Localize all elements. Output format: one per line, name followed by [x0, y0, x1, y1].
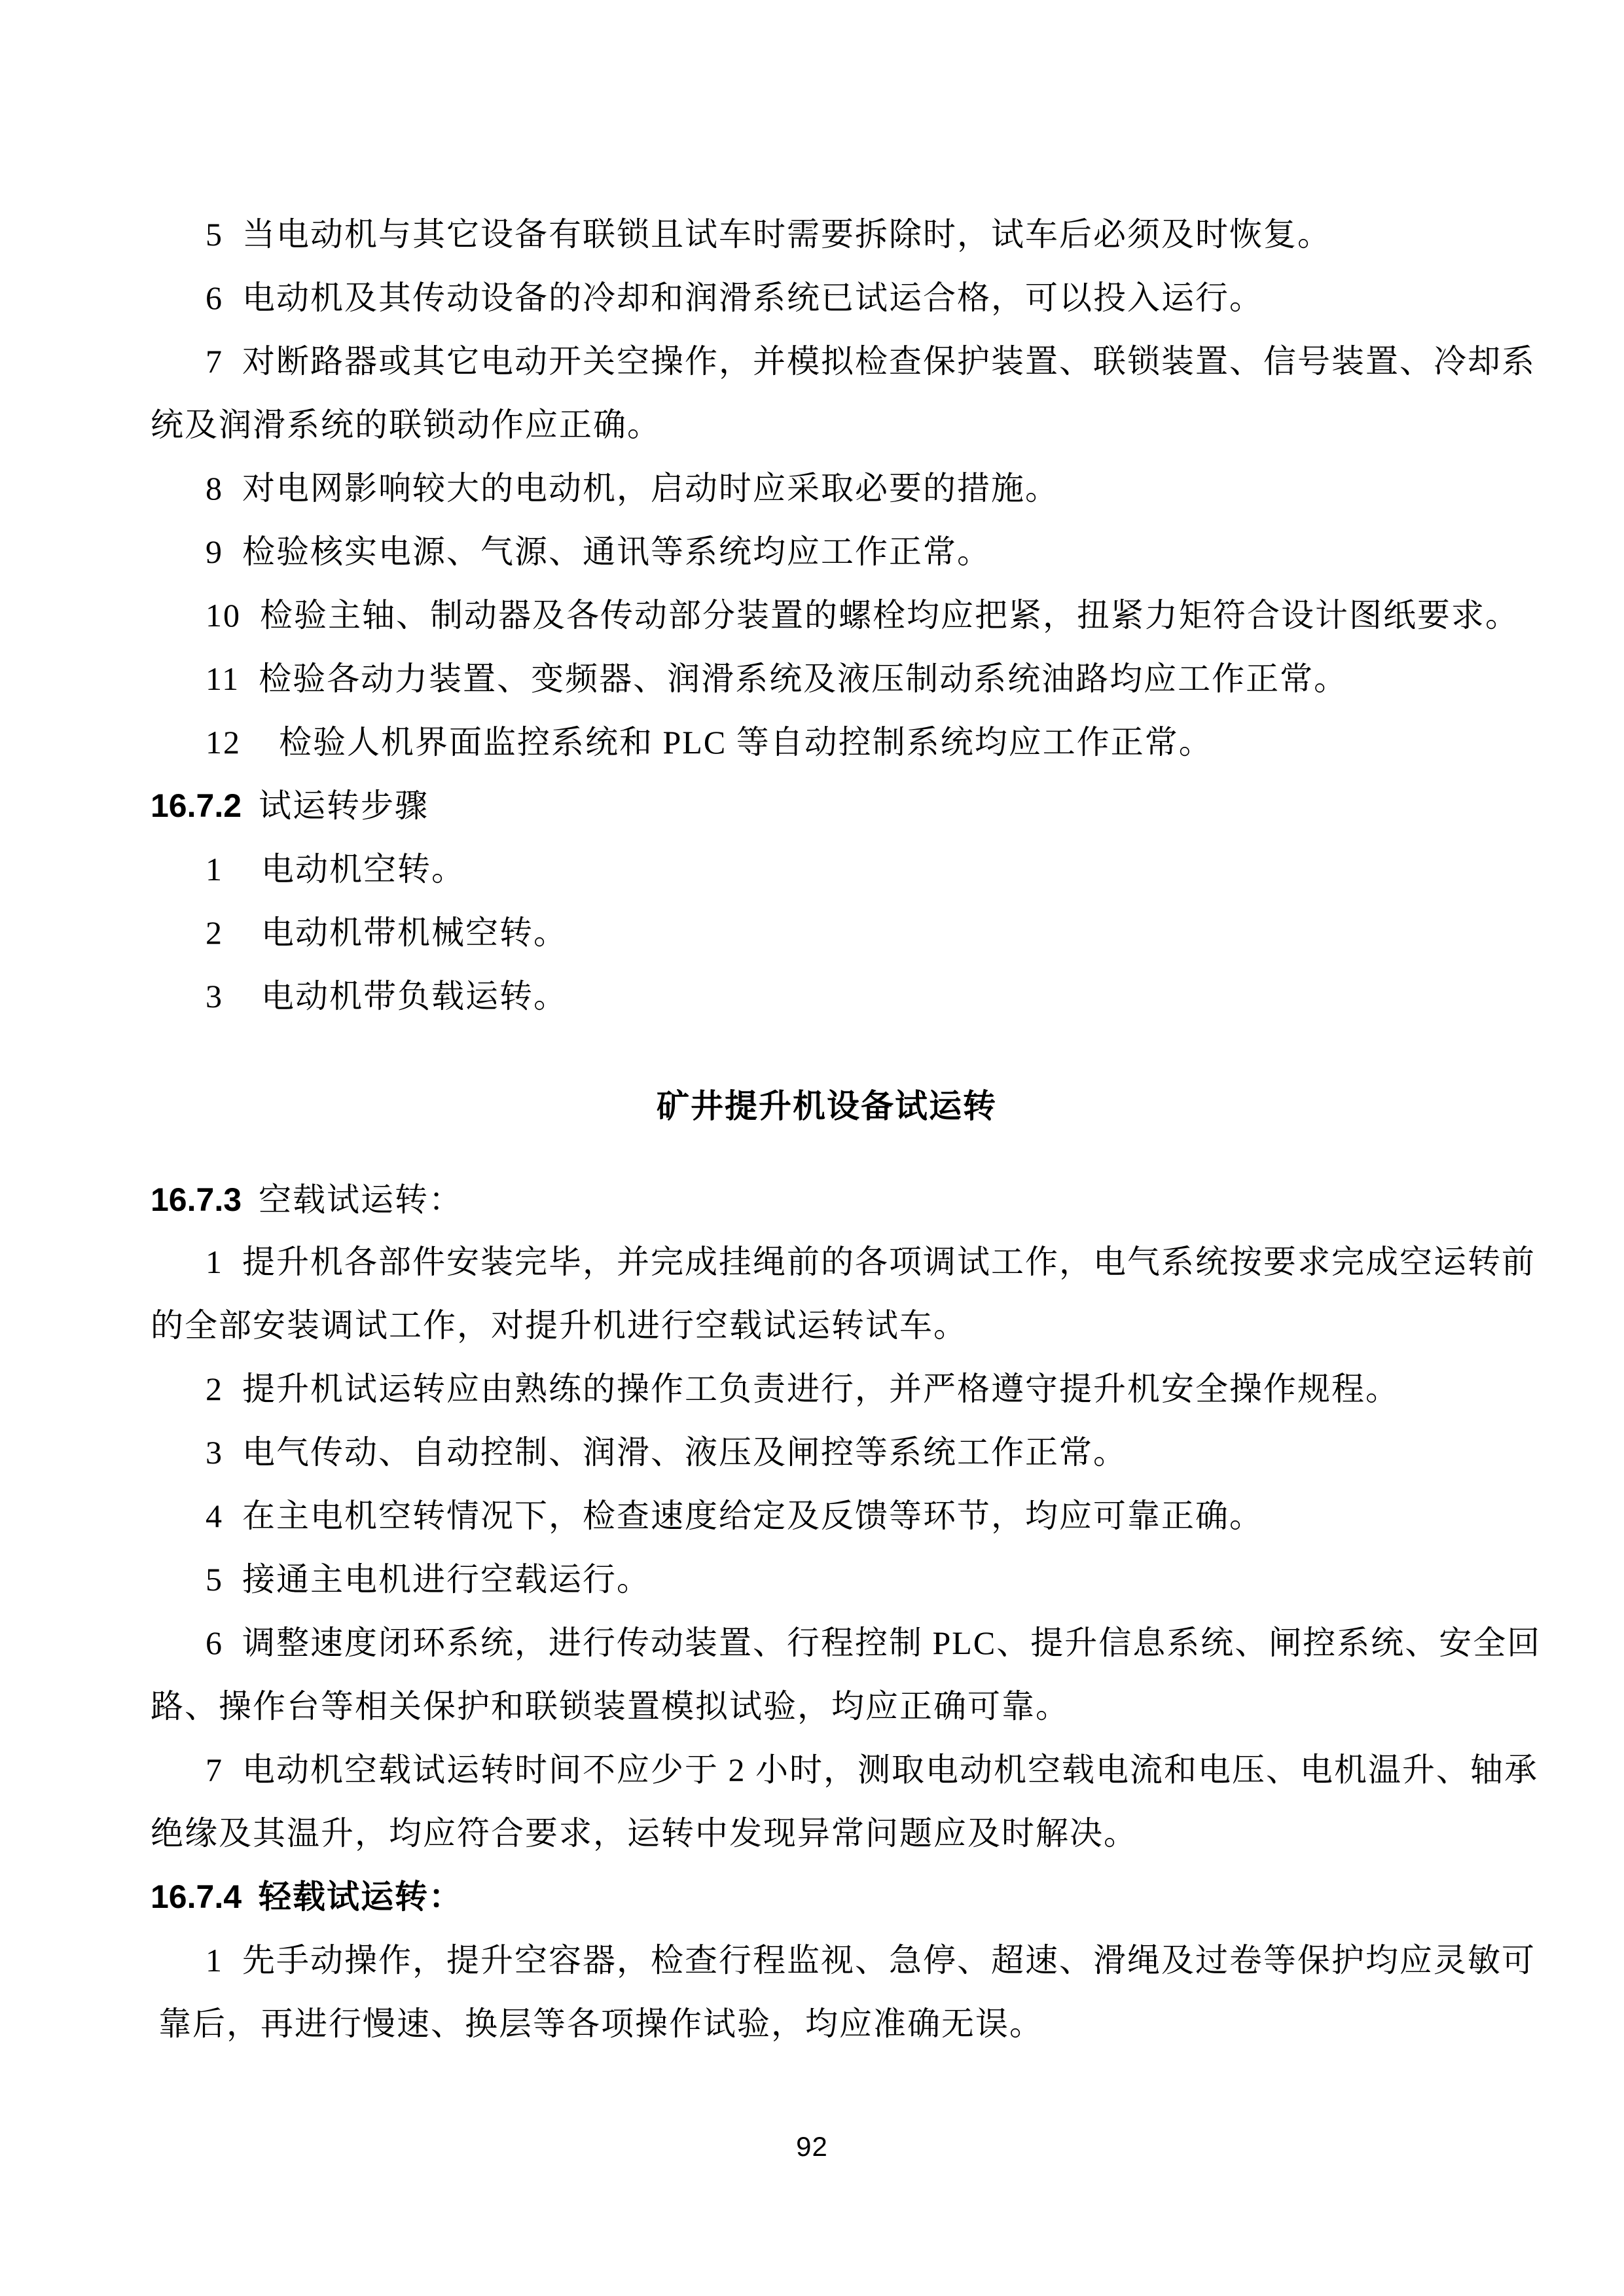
- list-item-6: 6 电动机及其传动设备的冷却和润滑系统已试运合格，可以投入运行。: [151, 279, 1503, 316]
- section-title-16-7-3: 空载试运转：: [259, 1181, 463, 1218]
- list-item-7-line-2: 统及润滑系统的联锁动作应正确。: [151, 406, 1503, 443]
- list-item-11: 11 检验各动力装置、变频器、润滑系统及液压制动系统油路均应工作正常。: [151, 660, 1503, 697]
- noload-item-7-line-1: 7 电动机空载试运转时间不应少于 2 小时，测取电动机空载电流和电压、电机温升、…: [151, 1751, 1503, 1788]
- page-number: 92: [0, 2131, 1624, 2162]
- noload-item-1-line-1: 1 提升机各部件安装完毕，并完成挂绳前的各项调试工作，电气系统按要求完成空运转前: [151, 1244, 1503, 1280]
- noload-item-5: 5 接通主电机进行空载运行。: [151, 1561, 1503, 1598]
- section-number-16-7-4: 16.7.4: [151, 1878, 242, 1915]
- section-heading-16-7-2: 16.7.2试运转步骤: [151, 787, 1503, 824]
- light-item-1-line-2: 靠后，再进行慢速、换层等各项操作试验，均应准确无误。: [151, 2005, 1503, 2042]
- noload-item-6-line-2: 路、操作台等相关保护和联锁装置模拟试验，均应正确可靠。: [151, 1688, 1503, 1725]
- section-number-16-7-3: 16.7.3: [151, 1181, 242, 1218]
- noload-item-2: 2 提升机试运转应由熟练的操作工负责进行，并严格遵守提升机安全操作规程。: [151, 1371, 1503, 1407]
- noload-item-6-line-1: 6 调整速度闭环系统，进行传动装置、行程控制 PLC、提升信息系统、闸控系统、安…: [151, 1624, 1503, 1661]
- section-title-16-7-4: 轻载试运转：: [259, 1878, 463, 1915]
- list-item-12: 12 检验人机界面监控系统和 PLC 等自动控制系统均应工作正常。: [151, 724, 1503, 761]
- step-item-3: 3 电动机带负载运转。: [151, 978, 1503, 1014]
- section-heading-16-7-3: 16.7.3空载试运转：: [151, 1181, 1503, 1218]
- noload-item-3: 3 电气传动、自动控制、润滑、液压及闸控等系统工作正常。: [151, 1434, 1503, 1471]
- section-title-16-7-2: 试运转步骤: [259, 787, 429, 824]
- list-item-8: 8 对电网影响较大的电动机，启动时应采取必要的措施。: [151, 470, 1503, 507]
- list-item-7-line-1: 7 对断路器或其它电动开关空操作，并模拟检查保护装置、联锁装置、信号装置、冷却系: [151, 343, 1503, 380]
- document-page: 5 当电动机与其它设备有联锁且试车时需要拆除时，试车后必须及时恢复。 6 电动机…: [0, 0, 1624, 2296]
- noload-item-1-line-2: 的全部安装调试工作，对提升机进行空载试运转试车。: [151, 1307, 1503, 1344]
- list-item-5: 5 当电动机与其它设备有联锁且试车时需要拆除时，试车后必须及时恢复。: [151, 216, 1503, 253]
- noload-item-4: 4 在主电机空转情况下，检查速度给定及反馈等环节，均应可靠正确。: [151, 1498, 1503, 1534]
- chapter-heading: 矿井提升机设备试运转: [151, 1088, 1503, 1124]
- section-heading-16-7-4: 16.7.4轻载试运转：: [151, 1878, 1503, 1915]
- list-item-9: 9 检验核实电源、气源、通讯等系统均应工作正常。: [151, 533, 1503, 570]
- light-item-1-line-1: 1 先手动操作，提升空容器，检查行程监视、急停、超速、滑绳及过卷等保护均应灵敏可: [151, 1942, 1503, 1979]
- step-item-1: 1 电动机空转。: [151, 851, 1503, 888]
- step-item-2: 2 电动机带机械空转。: [151, 914, 1503, 951]
- list-item-10: 10 检验主轴、制动器及各传动部分装置的螺栓均应把紧，扭紧力矩符合设计图纸要求。: [151, 597, 1503, 634]
- noload-item-7-line-2: 绝缘及其温升，均应符合要求，运转中发现异常问题应及时解决。: [151, 1815, 1503, 1852]
- section-number-16-7-2: 16.7.2: [151, 787, 242, 824]
